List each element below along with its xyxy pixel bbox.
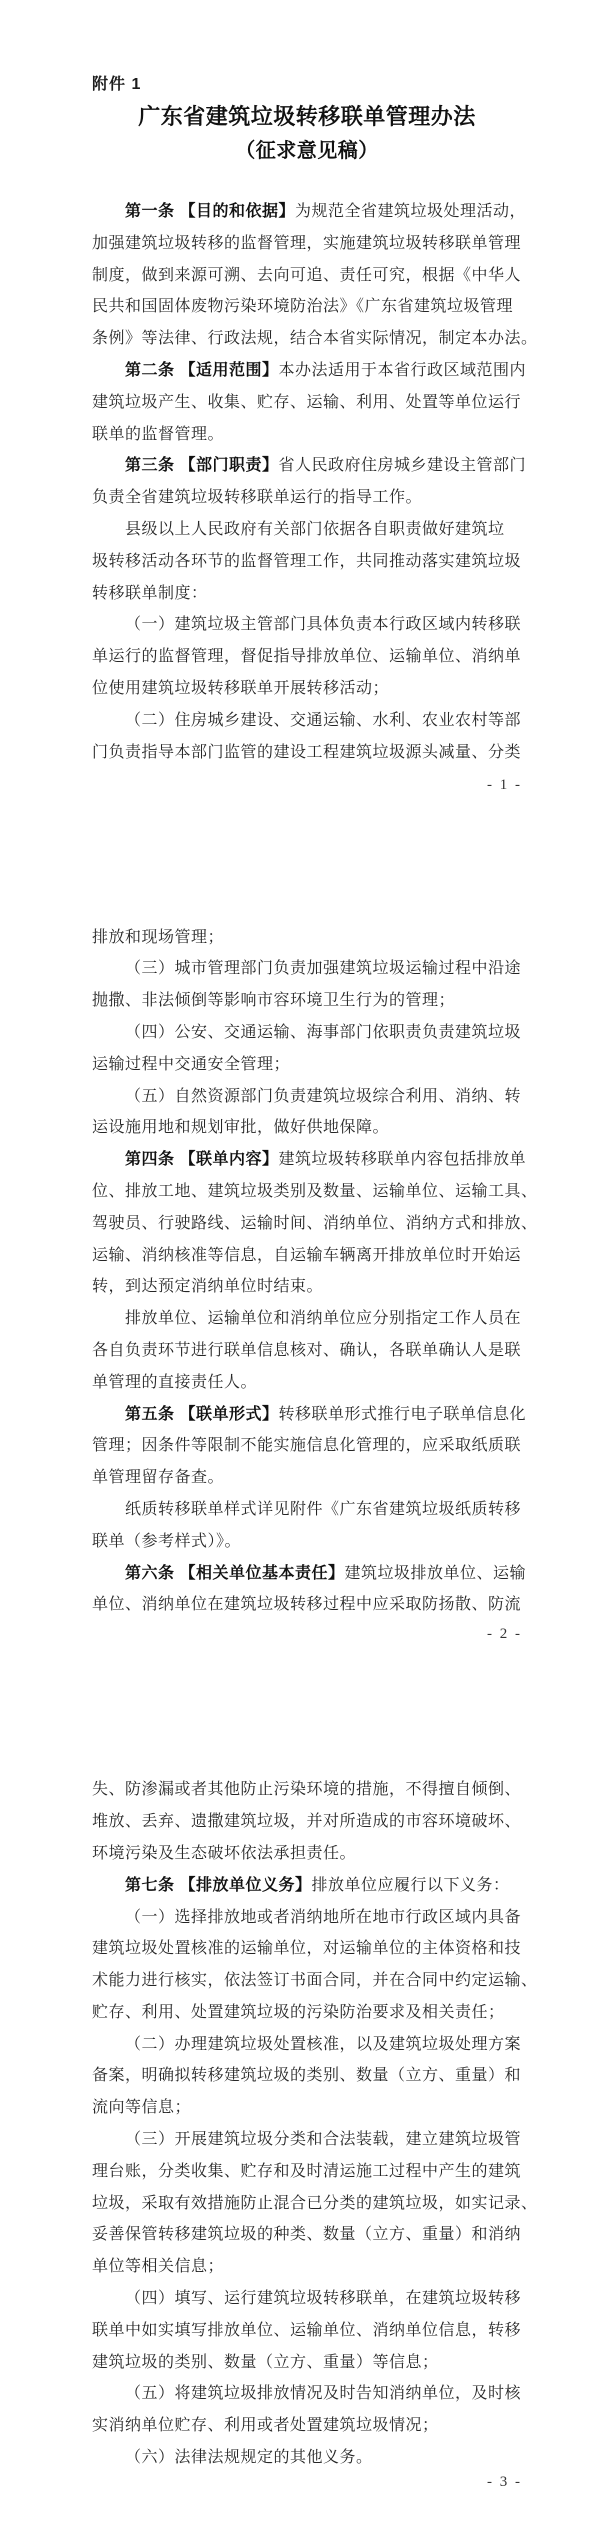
- text-line: 纸质转移联单样式详见附件《广东省建筑垃圾纸质转移: [92, 1494, 522, 1526]
- line-text: 转移联单制度：: [92, 585, 208, 602]
- text-line: （二）住房城乡建设、交通运输、水利、农业农村等部: [92, 705, 522, 737]
- spacer: [92, 168, 522, 196]
- line-text: （三）开展建筑垃圾分类和合法装载，建立建筑垃圾管: [125, 2131, 521, 2148]
- line-text: 抛撒、非法倾倒等影响市容环境卫生行为的管理；: [92, 992, 455, 1009]
- text-line: 第一条 【目的和依据】为规范全省建筑垃圾处理活动，: [92, 196, 522, 228]
- line-text: 门负责指导本部门监管的建设工程建筑垃圾源头减量、分类: [92, 744, 521, 761]
- line-text: 备案，明确拟转移建筑垃圾的类别、数量（立方、重量）和: [92, 2067, 521, 2084]
- spacer: [92, 849, 522, 922]
- text-line: 排放单位、运输单位和消纳单位应分别指定工作人员在: [92, 1303, 522, 1335]
- line-text: 贮存、利用、处置建筑垃圾的污染防治要求及相关责任；: [92, 2004, 505, 2021]
- line-text: 环境污染及生态破坏依法承担责任。: [92, 1845, 356, 1862]
- text-line: 转，到达预定消纳单位时结束。: [92, 1271, 522, 1303]
- line-text: 失、防渗漏或者其他防止污染环境的措施，不得擅自倾倒、: [92, 1781, 521, 1798]
- article-heading: 第六条 【相关单位基本责任】: [125, 1565, 344, 1582]
- text-line: 驾驶员、行驶路线、运输时间、消纳单位、消纳方式和排放、: [92, 1208, 522, 1240]
- line-text: （二）住房城乡建设、交通运输、水利、农业农村等部: [125, 712, 521, 729]
- line-text: 运输、消纳核准等信息，自运输车辆离开排放单位时开始运: [92, 1247, 521, 1264]
- document: 附件 1 广东省建筑垃圾转移联单管理办法 （征求意见稿） 第一条 【目的和依据】…: [0, 0, 600, 2546]
- article-heading: 第四条 【联单内容】: [125, 1151, 278, 1168]
- text-line: （五）将建筑垃圾排放情况及时告知消纳单位，及时核: [92, 2378, 522, 2410]
- line-text: 流向等信息；: [92, 2099, 191, 2116]
- page-number-3: - 3 -: [487, 2471, 522, 2493]
- text-line: 联单（参考样式）》。: [92, 1526, 522, 1558]
- text-line: （三）城市管理部门负责加强建筑垃圾运输过程中沿途: [92, 953, 522, 985]
- text-line: 管理；因条件等限制不能实施信息化管理的，应采取纸质联: [92, 1430, 522, 1462]
- line-text: 条例》等法律、行政法规，结合本省实际情况，制定本办法。: [92, 330, 538, 347]
- line-text: 实消纳单位贮存、利用或者处置建筑垃圾情况；: [92, 2417, 439, 2434]
- line-text: 驾驶员、行驶路线、运输时间、消纳单位、消纳方式和排放、: [92, 1215, 538, 1232]
- text-line: 妥善保管转移建筑垃圾的种类、数量（立方、重量）和消纳: [92, 2219, 522, 2251]
- text-line: 第四条 【联单内容】建筑垃圾转移联单内容包括排放单: [92, 1144, 522, 1176]
- text-line: 条例》等法律、行政法规，结合本省实际情况，制定本办法。: [92, 323, 522, 355]
- line-text: 加强建筑垃圾转移的监督管理，实施建筑垃圾转移联单管理: [92, 235, 521, 252]
- line-text: 联单中如实填写排放单位、运输单位、消纳单位信息，转移: [92, 2322, 521, 2339]
- line-text: 联单（参考样式）》。: [92, 1533, 241, 1550]
- line-text: 单运行的监督管理，督促指导排放单位、运输单位、消纳单: [92, 648, 521, 665]
- text-line: 转移联单制度：: [92, 578, 522, 610]
- text-line: 建筑垃圾处置核准的运输单位，对运输单位的主体资格和技: [92, 1933, 522, 1965]
- text-line: 联单中如实填写排放单位、运输单位、消纳单位信息，转移: [92, 2315, 522, 2347]
- document-title-line2: （征求意见稿）: [92, 134, 522, 168]
- text-line: 加强建筑垃圾转移的监督管理，实施建筑垃圾转移联单管理: [92, 228, 522, 260]
- line-text: 本办法适用于本省行政区域范围内: [278, 362, 526, 379]
- line-text: （五）自然资源部门负责建筑垃圾综合利用、消纳、转: [125, 1088, 521, 1105]
- text-line: 运输过程中交通安全管理；: [92, 1049, 522, 1081]
- text-line: 县级以上人民政府有关部门依据各自职责做好建筑垃: [92, 514, 522, 546]
- line-text: （三）城市管理部门负责加强建筑垃圾运输过程中沿途: [125, 960, 521, 977]
- page-3: 失、防渗漏或者其他防止污染环境的措施，不得擅自倾倒、堆放、丢弃、遗撒建筑垃圾，并…: [0, 1697, 600, 2546]
- text-line: 抛撒、非法倾倒等影响市容环境卫生行为的管理；: [92, 985, 522, 1017]
- text-line: 排放和现场管理；: [92, 922, 522, 954]
- line-text: 运输过程中交通安全管理；: [92, 1056, 290, 1073]
- article-heading: 第三条 【部门职责】: [125, 457, 278, 474]
- line-text: 排放单位、运输单位和消纳单位应分别指定工作人员在: [125, 1310, 521, 1327]
- text-line: 单管理留存备查。: [92, 1462, 522, 1494]
- text-line: 第三条 【部门职责】省人民政府住房城乡建设主管部门: [92, 450, 522, 482]
- line-text: 各自负责环节进行联单信息核对、确认，各联单确认人是联: [92, 1342, 521, 1359]
- text-line: 单运行的监督管理，督促指导排放单位、运输单位、消纳单: [92, 641, 522, 673]
- text-line: 备案，明确拟转移建筑垃圾的类别、数量（立方、重量）和: [92, 2060, 522, 2092]
- attachment-label: 附件 1: [92, 70, 522, 100]
- page-3-body: 失、防渗漏或者其他防止污染环境的措施，不得擅自倾倒、堆放、丢弃、遗撒建筑垃圾，并…: [92, 1774, 522, 2474]
- text-line: 制度，做到来源可溯、去向可追、责任可究，根据《中华人: [92, 260, 522, 292]
- spacer: [92, 1697, 522, 1774]
- line-text: 位使用建筑垃圾转移联单开展转移活动；: [92, 680, 389, 697]
- line-text: 建筑垃圾处置核准的运输单位，对运输单位的主体资格和技: [92, 1940, 521, 1957]
- text-line: 第六条 【相关单位基本责任】建筑垃圾排放单位、运输: [92, 1558, 522, 1590]
- text-line: 位使用建筑垃圾转移联单开展转移活动；: [92, 673, 522, 705]
- text-line: 第二条 【适用范围】本办法适用于本省行政区域范围内: [92, 355, 522, 387]
- line-text: 术能力进行核实，依法签订书面合同，并在合同中约定运输、: [92, 1972, 538, 1989]
- page-1: 附件 1 广东省建筑垃圾转移联单管理办法 （征求意见稿） 第一条 【目的和依据】…: [0, 0, 600, 849]
- line-text: 单位等相关信息；: [92, 2258, 224, 2275]
- text-line: 第七条 【排放单位义务】排放单位应履行以下义务：: [92, 1870, 522, 1902]
- line-text: 建筑垃圾产生、收集、贮存、运输、利用、处置等单位运行: [92, 394, 521, 411]
- line-text: 联单的监督管理。: [92, 426, 224, 443]
- text-line: （三）开展建筑垃圾分类和合法装载，建立建筑垃圾管: [92, 2124, 522, 2156]
- line-text: 堆放、丢弃、遗撒建筑垃圾，并对所造成的市容环境破坏、: [92, 1813, 521, 1830]
- text-line: 门负责指导本部门监管的建设工程建筑垃圾源头减量、分类: [92, 737, 522, 769]
- text-line: （一）建筑垃圾主管部门具体负责本行政区域内转移联: [92, 609, 522, 641]
- line-text: 民共和国固体废物污染环境防治法》《广东省建筑垃圾管理: [92, 298, 513, 315]
- text-line: 流向等信息；: [92, 2092, 522, 2124]
- text-line: 实消纳单位贮存、利用或者处置建筑垃圾情况；: [92, 2410, 522, 2442]
- article-heading: 第五条 【联单形式】: [125, 1406, 278, 1423]
- line-text: 圾转移活动各环节的监督管理工作，共同推动落实建筑垃圾: [92, 553, 521, 570]
- line-text: 妥善保管转移建筑垃圾的种类、数量（立方、重量）和消纳: [92, 2226, 521, 2243]
- line-text: （一）建筑垃圾主管部门具体负责本行政区域内转移联: [125, 616, 521, 633]
- page-2-body: 排放和现场管理；（三）城市管理部门负责加强建筑垃圾运输过程中沿途抛撒、非法倾倒等…: [92, 922, 522, 1622]
- spacer: [92, 0, 522, 70]
- text-line: （二）办理建筑垃圾处置核准，以及建筑垃圾处理方案: [92, 2029, 522, 2061]
- line-text: 运设施用地和规划审批，做好供地保障。: [92, 1119, 389, 1136]
- text-line: 运输、消纳核准等信息，自运输车辆离开排放单位时开始运: [92, 1240, 522, 1272]
- text-line: （五）自然资源部门负责建筑垃圾综合利用、消纳、转: [92, 1081, 522, 1113]
- text-line: 第五条 【联单形式】转移联单形式推行电子联单信息化: [92, 1399, 522, 1431]
- text-line: 术能力进行核实，依法签订书面合同，并在合同中约定运输、: [92, 1965, 522, 1997]
- text-line: 单位等相关信息；: [92, 2251, 522, 2283]
- line-text: 单管理的直接责任人。: [92, 1374, 257, 1391]
- text-line: 运设施用地和规划审批，做好供地保障。: [92, 1112, 522, 1144]
- line-text: 转移联单形式推行电子联单信息化: [278, 1406, 526, 1423]
- line-text: （二）办理建筑垃圾处置核准，以及建筑垃圾处理方案: [125, 2036, 521, 2053]
- text-line: 各自负责环节进行联单信息核对、确认，各联单确认人是联: [92, 1335, 522, 1367]
- line-text: 负责全省建筑垃圾转移联单运行的指导工作。: [92, 489, 422, 506]
- text-line: 贮存、利用、处置建筑垃圾的污染防治要求及相关责任；: [92, 1997, 522, 2029]
- line-text: 位、排放工地、建筑垃圾类别及数量、运输单位、运输工具、: [92, 1183, 538, 1200]
- text-line: 失、防渗漏或者其他防止污染环境的措施，不得擅自倾倒、: [92, 1774, 522, 1806]
- text-line: （四）填写、运行建筑垃圾转移联单，在建筑垃圾转移: [92, 2283, 522, 2315]
- text-line: （四）公安、交通运输、海事部门依职责负责建筑垃圾: [92, 1017, 522, 1049]
- line-text: 单管理留存备查。: [92, 1469, 224, 1486]
- text-line: 垃圾，采取有效措施防止混合已分类的建筑垃圾，如实记录、: [92, 2188, 522, 2220]
- article-heading: 第二条 【适用范围】: [125, 362, 278, 379]
- line-text: 建筑垃圾的类别、数量（立方、重量）等信息；: [92, 2354, 439, 2371]
- line-text: 排放和现场管理；: [92, 929, 224, 946]
- page-1-body: 第一条 【目的和依据】为规范全省建筑垃圾处理活动，加强建筑垃圾转移的监督管理，实…: [92, 196, 522, 768]
- line-text: （四）填写、运行建筑垃圾转移联单，在建筑垃圾转移: [125, 2290, 521, 2307]
- line-text: 转，到达预定消纳单位时结束。: [92, 1278, 323, 1295]
- line-text: 纸质转移联单样式详见附件《广东省建筑垃圾纸质转移: [125, 1501, 521, 1518]
- article-heading: 第一条 【目的和依据】: [125, 203, 295, 220]
- text-line: 环境污染及生态破坏依法承担责任。: [92, 1838, 522, 1870]
- line-text: 制度，做到来源可溯、去向可追、责任可究，根据《中华人: [92, 267, 521, 284]
- text-line: 堆放、丢弃、遗撒建筑垃圾，并对所造成的市容环境破坏、: [92, 1806, 522, 1838]
- text-line: 联单的监督管理。: [92, 419, 522, 451]
- line-text: （四）公安、交通运输、海事部门依职责负责建筑垃圾: [125, 1024, 521, 1041]
- line-text: 排放单位应履行以下义务：: [311, 1877, 509, 1894]
- text-line: 单管理的直接责任人。: [92, 1367, 522, 1399]
- line-text: 建筑垃圾排放单位、运输: [344, 1565, 526, 1582]
- text-line: 民共和国固体废物污染环境防治法》《广东省建筑垃圾管理: [92, 291, 522, 323]
- text-line: （六）法律法规规定的其他义务。: [92, 2442, 522, 2474]
- document-title-line1: 广东省建筑垃圾转移联单管理办法: [92, 100, 522, 134]
- line-text: （五）将建筑垃圾排放情况及时告知消纳单位，及时核: [125, 2385, 521, 2402]
- article-heading: 第七条 【排放单位义务】: [125, 1877, 311, 1894]
- line-text: （一）选择排放地或者消纳地所在地市行政区域内具备: [125, 1909, 521, 1926]
- page-number-1: - 1 -: [487, 774, 522, 796]
- page-number-2: - 2 -: [487, 1623, 522, 1645]
- text-line: 单位、消纳单位在建筑垃圾转移过程中应采取防扬散、防流: [92, 1589, 522, 1621]
- text-line: 圾转移活动各环节的监督管理工作，共同推动落实建筑垃圾: [92, 546, 522, 578]
- text-line: 负责全省建筑垃圾转移联单运行的指导工作。: [92, 482, 522, 514]
- line-text: 垃圾，采取有效措施防止混合已分类的建筑垃圾，如实记录、: [92, 2195, 538, 2212]
- line-text: 理台账，分类收集、贮存和及时清运施工过程中产生的建筑: [92, 2163, 521, 2180]
- line-text: 县级以上人民政府有关部门依据各自职责做好建筑垃: [125, 521, 505, 538]
- line-text: 为规范全省建筑垃圾处理活动，: [295, 203, 526, 220]
- line-text: （六）法律法规规定的其他义务。: [125, 2449, 373, 2466]
- line-text: 省人民政府住房城乡建设主管部门: [278, 457, 526, 474]
- line-text: 单位、消纳单位在建筑垃圾转移过程中应采取防扬散、防流: [92, 1596, 521, 1613]
- text-line: 建筑垃圾的类别、数量（立方、重量）等信息；: [92, 2347, 522, 2379]
- page-2: 排放和现场管理；（三）城市管理部门负责加强建筑垃圾运输过程中沿途抛撒、非法倾倒等…: [0, 849, 600, 1698]
- line-text: 管理；因条件等限制不能实施信息化管理的，应采取纸质联: [92, 1437, 521, 1454]
- text-line: 建筑垃圾产生、收集、贮存、运输、利用、处置等单位运行: [92, 387, 522, 419]
- text-line: 理台账，分类收集、贮存和及时清运施工过程中产生的建筑: [92, 2156, 522, 2188]
- text-line: 位、排放工地、建筑垃圾类别及数量、运输单位、运输工具、: [92, 1176, 522, 1208]
- line-text: 建筑垃圾转移联单内容包括排放单: [278, 1151, 526, 1168]
- text-line: （一）选择排放地或者消纳地所在地市行政区域内具备: [92, 1902, 522, 1934]
